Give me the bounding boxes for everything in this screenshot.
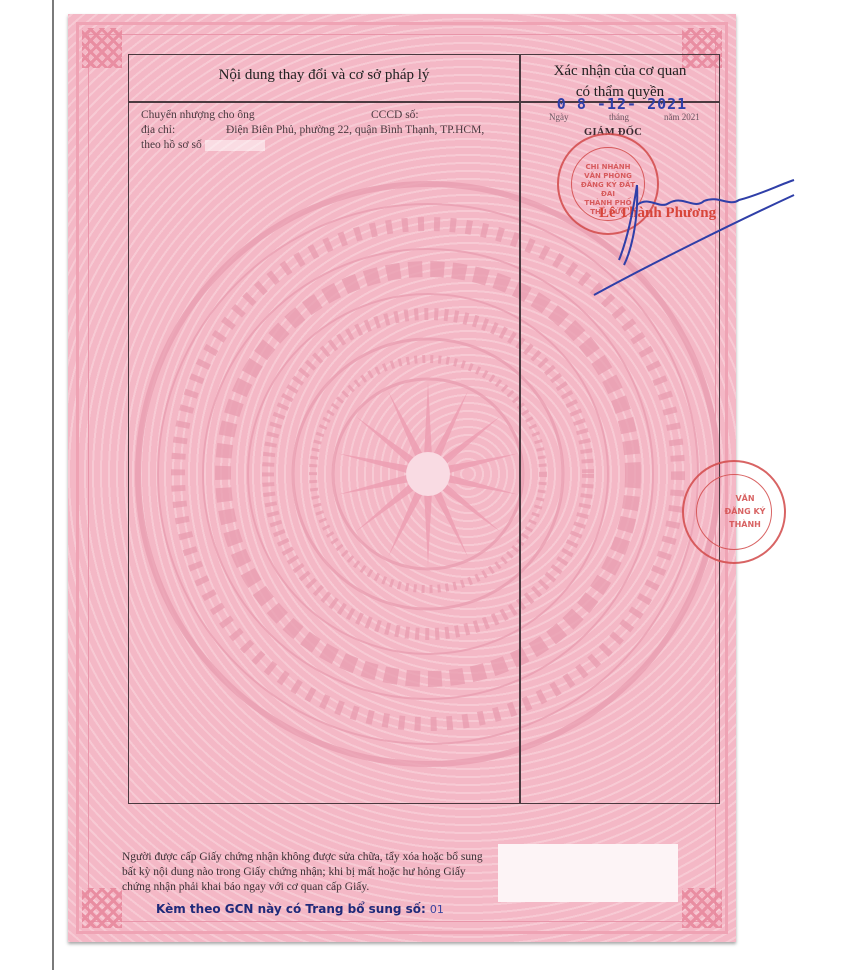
column-divider <box>519 55 521 803</box>
appendix-note: Kèm theo GCN này có Trang bổ sung số:01 <box>156 902 444 916</box>
transfer-label: Chuyển nhượng cho ông <box>141 109 255 121</box>
corner-ornament-icon <box>82 888 122 928</box>
certificate-notice: Người được cấp Giấy chứng nhận không đượ… <box>122 850 492 895</box>
corner-ornament-icon <box>682 888 722 928</box>
appendix-number: 01 <box>430 903 444 916</box>
redacted-area <box>498 844 678 902</box>
corner-ornament-icon <box>82 28 122 68</box>
dossier-label: theo hồ sơ số <box>141 139 202 151</box>
address-label: địa chỉ: <box>141 124 175 136</box>
date-stamp: 0 8 -12- 2021 <box>527 95 717 113</box>
cccd-label: CCCD số: <box>371 108 419 123</box>
changes-column-header: Nội dung thay đổi và cơ sở pháp lý <box>129 67 519 84</box>
certificate-page: Nội dung thay đổi và cơ sở pháp lý Xác n… <box>68 14 736 942</box>
month-label: tháng <box>609 112 629 122</box>
year-label: năm 2021 <box>664 112 700 122</box>
confirmation-header-line1: Xác nhận của cơ quan <box>521 61 719 82</box>
edge-seal-icon: VĂNĐĂNG KÝTHÀNH <box>682 460 786 564</box>
edge-seal-inner-text: VĂNĐĂNG KÝTHÀNH <box>712 492 778 531</box>
day-label: Ngày <box>549 112 569 122</box>
scan-edge-line <box>52 0 54 970</box>
signer-name: Lê Thành Phương <box>599 205 716 222</box>
change-content: Chuyển nhượng cho ông CCCD số: địa chỉ: … <box>141 108 516 153</box>
redacted-dossier-number <box>205 140 265 151</box>
appendix-label: Kèm theo GCN này có Trang bổ sung số: <box>156 902 426 916</box>
address-value: Điện Biên Phủ, phường 22, quận Bình Thạn… <box>226 123 484 138</box>
changes-table: Nội dung thay đổi và cơ sở pháp lý Xác n… <box>128 54 720 804</box>
